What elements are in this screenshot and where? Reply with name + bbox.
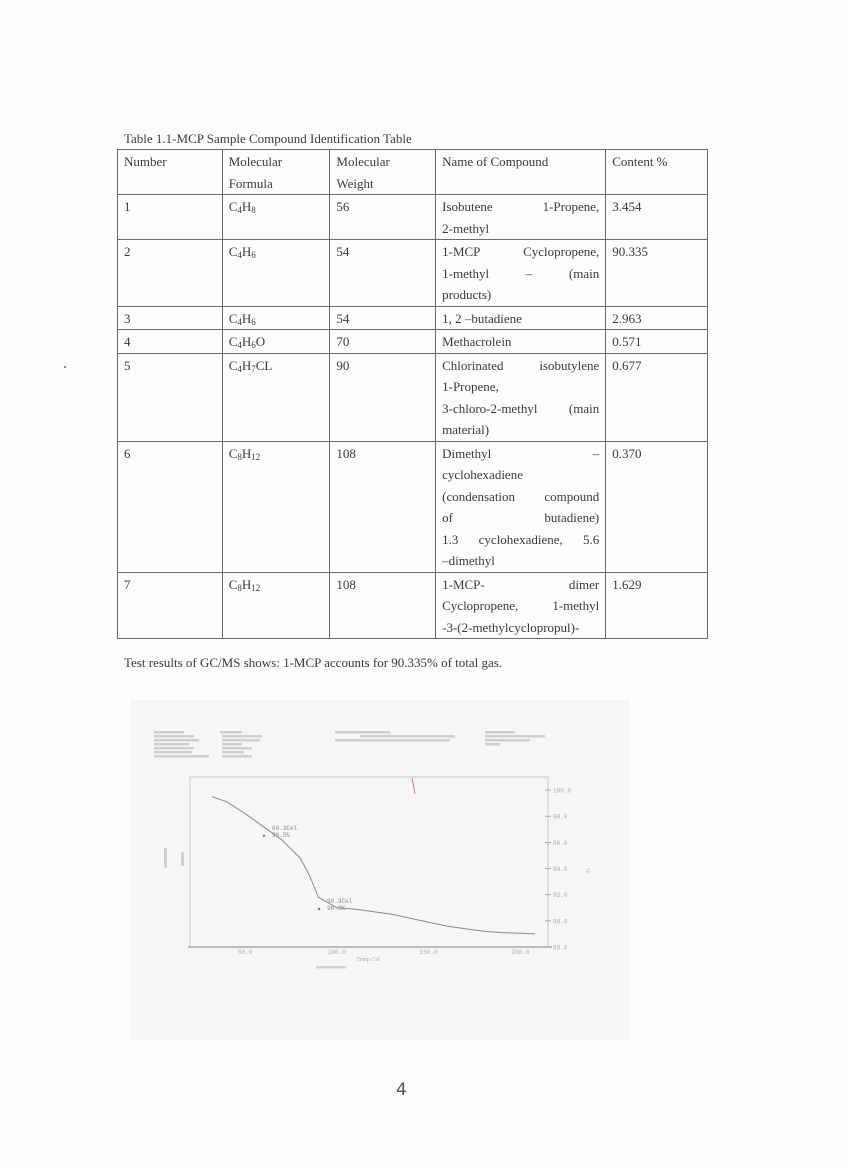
number-cell: 5 <box>118 353 223 441</box>
header-cell: MolecularFormula <box>222 150 330 195</box>
table-header-row: NumberMolecularFormulaMolecularWeightNam… <box>118 150 708 195</box>
illegible-header-text <box>335 739 450 742</box>
weight-cell: 56 <box>330 195 436 240</box>
compound-name-line: 1.3 cyclohexadiene, 5.6 <box>442 529 599 551</box>
x-tick-label: 200.0 <box>511 949 529 956</box>
illegible-header-text <box>154 751 192 754</box>
formula-cell: C8H12 <box>222 572 330 639</box>
compound-name-line: Isobutene 1-Propene, <box>442 196 599 218</box>
illegible-header-text <box>154 739 199 742</box>
content-cell: 0.677 <box>606 353 708 441</box>
table-row: 1C4H856Isobutene 1-Propene,2-methyl3.454 <box>118 195 708 240</box>
illegible-header-text <box>485 743 500 746</box>
compound-table: NumberMolecularFormulaMolecularWeightNam… <box>117 149 708 639</box>
red-marker <box>412 778 415 794</box>
number-cell: 6 <box>118 441 223 572</box>
illegible-header-text <box>222 739 260 742</box>
compound-name-cell: Methacrolein <box>436 330 606 354</box>
y-axis-label: % <box>584 868 590 873</box>
content-cell: 0.370 <box>606 441 708 572</box>
compound-name-line: 3-chloro-2-methyl (main <box>442 398 599 420</box>
x-tick-label: 50.0 <box>238 949 253 956</box>
compound-name-line: of butadiene) <box>442 507 599 529</box>
annotation-label: 60.3Cel <box>272 825 298 832</box>
formula-cell: C4H6 <box>222 240 330 307</box>
compound-name-cell: 1-MCP Cyclopropene,1-methyl – (mainprodu… <box>436 240 606 307</box>
illegible-header-text <box>222 751 244 754</box>
compound-name-line: material) <box>442 419 599 441</box>
compound-name-cell: Dimethyl –cyclohexadiene(condensation co… <box>436 441 606 572</box>
compound-name-line: Dimethyl – <box>442 443 599 465</box>
header-text: Number <box>124 151 216 173</box>
illegible-header-text <box>154 747 194 750</box>
tga-chart-scan: 100.098.096.094.092.090.088.0%50.0100.01… <box>130 700 630 1040</box>
compound-name-cell: Isobutene 1-Propene,2-methyl <box>436 195 606 240</box>
formula-cell: C4H6 <box>222 306 330 330</box>
x-tick-label: 150.0 <box>420 949 438 956</box>
content-cell: 0.571 <box>606 330 708 354</box>
illegible-header-text <box>154 735 194 738</box>
compound-name-line: 2-methyl <box>442 218 599 240</box>
header-cell: Number <box>118 150 223 195</box>
x-axis-label: Temp Cel <box>356 957 380 963</box>
compound-name-line: Cyclopropene, 1-methyl <box>442 595 599 617</box>
compound-name-cell: 1, 2 –butadiene <box>436 306 606 330</box>
compound-name-line: cyclohexadiene <box>442 464 599 486</box>
y-tick-label: 100.0 <box>553 788 571 795</box>
formula-cell: C4H6O <box>222 330 330 354</box>
content-cell: 90.335 <box>606 240 708 307</box>
compound-name-line: 1-Propene, <box>442 376 599 398</box>
compound-name-line: 1, 2 –butadiene <box>442 308 599 330</box>
tga-chart: 100.098.096.094.092.090.088.0%50.0100.01… <box>130 700 630 1040</box>
annotation-label: 90.9% <box>327 905 345 912</box>
table-row: 4C4H6O70Methacrolein0.571 <box>118 330 708 354</box>
tg-curve <box>212 797 535 934</box>
annotation-label: 96.5% <box>272 832 290 839</box>
illegible-header-text <box>222 755 252 758</box>
content-cell: 3.454 <box>606 195 708 240</box>
illegible-header-text <box>335 731 390 734</box>
illegible-left-axis-label <box>181 852 184 866</box>
header-text: Formula <box>229 173 324 195</box>
scan-speck <box>64 366 66 368</box>
illegible-header-text <box>485 739 530 742</box>
page-number: 4 <box>396 1080 407 1100</box>
number-cell: 7 <box>118 572 223 639</box>
content-cell: 1.629 <box>606 572 708 639</box>
weight-cell: 54 <box>330 240 436 307</box>
compound-name-line: Chlorinated isobutylene <box>442 355 599 377</box>
compound-name-line: –dimethyl <box>442 550 599 572</box>
illegible-header-text <box>222 735 262 738</box>
y-tick-label: 92.0 <box>553 892 568 899</box>
compound-name-cell: 1-MCP- dimerCyclopropene, 1-methyl-3-(2-… <box>436 572 606 639</box>
content-cell: 2.963 <box>606 306 708 330</box>
compound-name-line: 1-methyl – (main <box>442 263 599 285</box>
illegible-footer-text <box>316 966 346 969</box>
header-cell: Content % <box>606 150 708 195</box>
table-row: 3C4H6541, 2 –butadiene2.963 <box>118 306 708 330</box>
compound-name-line: Methacrolein <box>442 331 599 353</box>
table-row: 6C8H12108Dimethyl –cyclohexadiene(conden… <box>118 441 708 572</box>
annotation-point <box>263 835 265 837</box>
y-tick-label: 90.0 <box>553 918 568 925</box>
header-text: Content % <box>612 151 701 173</box>
compound-name-line: -3-(2-methylcyclopropul)- <box>442 617 599 639</box>
number-cell: 2 <box>118 240 223 307</box>
header-text: Weight <box>336 173 429 195</box>
header-cell: Name of Compound <box>436 150 606 195</box>
weight-cell: 90 <box>330 353 436 441</box>
illegible-header-text <box>154 743 189 746</box>
illegible-header-text <box>154 755 209 758</box>
table-row: 2C4H6541-MCP Cyclopropene,1-methyl – (ma… <box>118 240 708 307</box>
header-text: Molecular <box>336 151 429 173</box>
weight-cell: 54 <box>330 306 436 330</box>
illegible-header-text <box>222 747 252 750</box>
illegible-header-text <box>360 735 455 738</box>
formula-cell: C8H12 <box>222 441 330 572</box>
y-tick-label: 88.0 <box>553 945 568 952</box>
illegible-header-text <box>485 735 545 738</box>
number-cell: 1 <box>118 195 223 240</box>
gcms-summary: Test results of GC/MS shows: 1-MCP accou… <box>124 655 502 671</box>
illegible-header-text <box>154 731 184 734</box>
illegible-header-text <box>485 731 515 734</box>
illegible-header-text <box>222 743 242 746</box>
table-caption: Table 1.1-MCP Sample Compound Identifica… <box>124 131 412 147</box>
number-cell: 4 <box>118 330 223 354</box>
annotation-point <box>318 908 320 910</box>
compound-name-line: (condensation compound <box>442 486 599 508</box>
compound-name-cell: Chlorinated isobutylene1-Propene,3-chlor… <box>436 353 606 441</box>
compound-name-line: 1-MCP- dimer <box>442 574 599 596</box>
y-tick-label: 94.0 <box>553 866 568 873</box>
header-cell: MolecularWeight <box>330 150 436 195</box>
number-cell: 3 <box>118 306 223 330</box>
x-tick-label: 100.0 <box>328 949 346 956</box>
illegible-header-text <box>220 731 242 734</box>
table-row: 5C4H7CL90Chlorinated isobutylene1-Propen… <box>118 353 708 441</box>
weight-cell: 108 <box>330 441 436 572</box>
weight-cell: 108 <box>330 572 436 639</box>
table-row: 7C8H121081-MCP- dimerCyclopropene, 1-met… <box>118 572 708 639</box>
compound-name-line: 1-MCP Cyclopropene, <box>442 241 599 263</box>
formula-cell: C4H8 <box>222 195 330 240</box>
y-tick-label: 98.0 <box>553 814 568 821</box>
weight-cell: 70 <box>330 330 436 354</box>
y-tick-label: 96.0 <box>553 840 568 847</box>
annotation-label: 90.3Cel <box>327 898 353 905</box>
compound-name-line: products) <box>442 284 599 306</box>
formula-cell: C4H7CL <box>222 353 330 441</box>
plot-frame <box>190 777 548 947</box>
header-text: Molecular <box>229 151 324 173</box>
header-text: Name of Compound <box>442 151 599 173</box>
illegible-left-axis-label <box>164 848 167 868</box>
